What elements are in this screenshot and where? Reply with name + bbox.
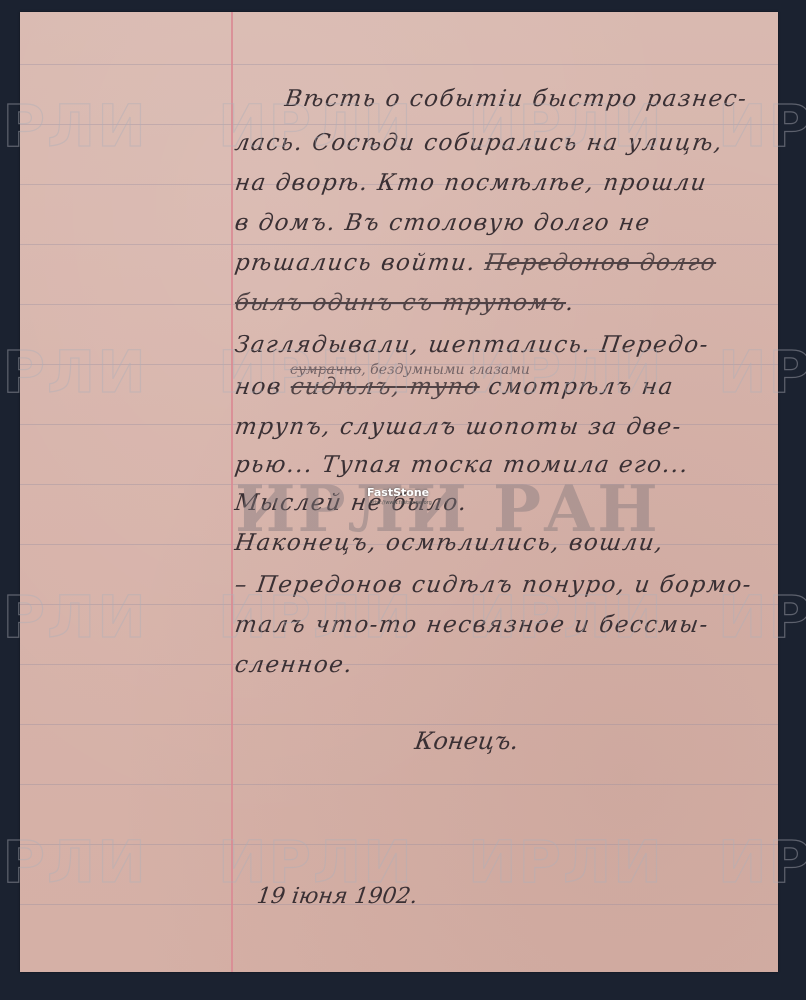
text-line: Мыслей не было. xyxy=(233,490,469,516)
text-line: рѣшались войти. Передонов долго xyxy=(233,250,718,276)
ruled-line xyxy=(20,724,778,725)
text-line: – Передонов сидѣлъ понуро, и бормо- xyxy=(233,572,754,598)
text-line: нов сидѣлъ, тупо смотрѣлъ на xyxy=(233,374,675,400)
text-line: сленное. xyxy=(233,652,355,678)
ruled-line xyxy=(20,124,778,125)
text-line: на дворѣ. Кто посмѣлѣе, прошли xyxy=(233,170,709,196)
text-line: лась. Сосѣди собирались на улицѣ, xyxy=(233,130,725,156)
date-line: 19 iюня 1902. xyxy=(255,884,419,909)
closing-word: Конецъ. xyxy=(413,727,520,755)
ruled-line xyxy=(20,844,778,845)
ruled-line xyxy=(20,784,778,785)
text-line: Наконецъ, осмѣлились, вошли, xyxy=(233,530,666,556)
ruled-line xyxy=(20,244,778,245)
ruled-line xyxy=(20,604,778,605)
struck-text: сидѣлъ, тупо xyxy=(289,374,482,400)
text-line: былъ одинъ съ трупомъ. xyxy=(233,290,577,316)
ruled-line xyxy=(20,484,778,485)
text-line: трупъ, слушалъ шопоты за две- xyxy=(233,414,684,440)
struck-text: былъ одинъ съ трупомъ xyxy=(233,290,568,316)
text-line: Вѣсть о событіи быстро разнес- xyxy=(283,86,749,112)
text-line: рью... Тупая тоска томила его... xyxy=(233,452,691,478)
ruled-line xyxy=(20,664,778,665)
text-line: Заглядывали, шептались. Передо- xyxy=(233,332,711,358)
manuscript-page: Вѣсть о событіи быстро разнес- лась. Сос… xyxy=(20,12,778,972)
ruled-line xyxy=(20,64,778,65)
text-line: в домъ. Въ столовую долго не xyxy=(233,210,652,236)
struck-text: Передонов долго xyxy=(483,250,718,276)
text-line: талъ что-то несвязное и бессмы- xyxy=(233,612,710,638)
margin-line xyxy=(231,12,233,972)
